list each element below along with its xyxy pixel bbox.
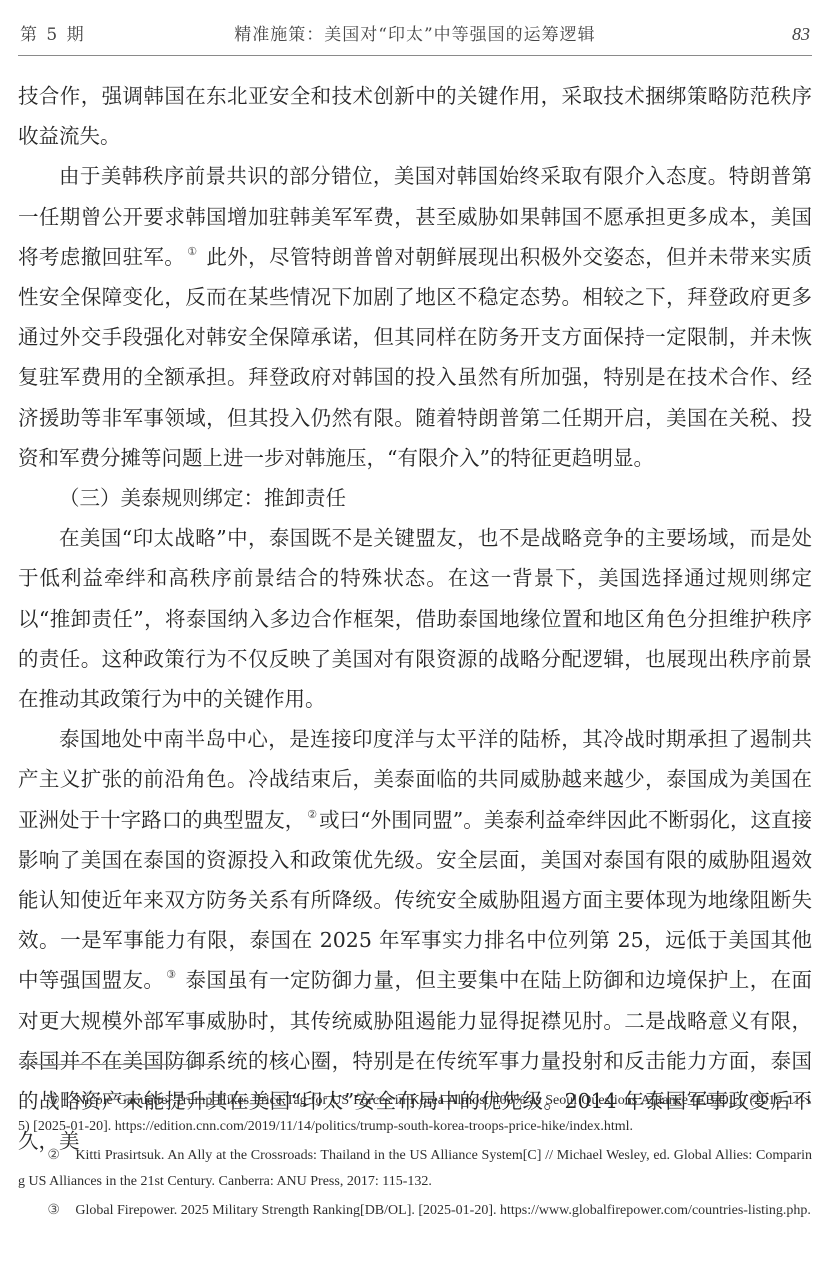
running-title: 精准施策：美国对“印太”中等强国的运筹逻辑 (18, 20, 812, 45)
footnote-marker: ③ (47, 1198, 75, 1224)
page-number: 83 (792, 24, 810, 45)
article-body: 技合作，强调韩国在东北亚安全和技术创新中的关键作用，采取技术捆绑策略防范秩序收益… (18, 76, 812, 1161)
footnote-1: ①Nicole Gaouette. Trump Hikes Price Tag … (18, 1088, 812, 1139)
section-heading: （三）美泰规则绑定：推卸责任 (18, 478, 812, 518)
footnotes: ①Nicole Gaouette. Trump Hikes Price Tag … (18, 1088, 812, 1228)
running-header: 第 5 期 精准施策：美国对“印太”中等强国的运筹逻辑 83 (18, 0, 812, 56)
footnote-ref-2[interactable]: ② (307, 808, 317, 821)
paragraph-us-korea: 由于美韩秩序前景共识的部分错位，美国对韩国始终采取有限介入态度。特朗普第一任期曾… (18, 156, 812, 478)
footnote-marker: ① (47, 1088, 75, 1114)
footnote-marker: ② (47, 1143, 75, 1169)
footnote-text: Global Firepower. 2025 Military Strength… (75, 1203, 811, 1218)
footnote-text: Kitti Prasirtsuk. An Ally at the Crossro… (18, 1148, 812, 1189)
paragraph-text: 此外，尽管特朗普曾对朝鲜展现出积极外交姿态，但并未带来实质性安全保障变化，反而在… (18, 245, 812, 470)
footnote-text: Nicole Gaouette. Trump Hikes Price Tag f… (18, 1093, 812, 1134)
footnote-3: ③Global Firepower. 2025 Military Strengt… (18, 1198, 812, 1224)
paragraph-us-thailand-intro: 在美国“印太战略”中，泰国既不是关键盟友，也不是战略竞争的主要场域，而是处于低利… (18, 518, 812, 719)
footnote-divider (19, 1064, 218, 1065)
footnote-2: ②Kitti Prasirtsuk. An Ally at the Crossr… (18, 1143, 812, 1194)
footnote-ref-3[interactable]: ③ (166, 968, 176, 981)
paragraph-text: 或曰“外围同盟”。美泰利益牵绊因此不断弱化，这直接影响了美国在泰国的资源投入和政… (18, 808, 812, 993)
paragraph-continued: 技合作，强调韩国在东北亚安全和技术创新中的关键作用，采取技术捆绑策略防范秩序收益… (18, 76, 812, 156)
footnote-ref-1[interactable]: ① (187, 245, 197, 258)
